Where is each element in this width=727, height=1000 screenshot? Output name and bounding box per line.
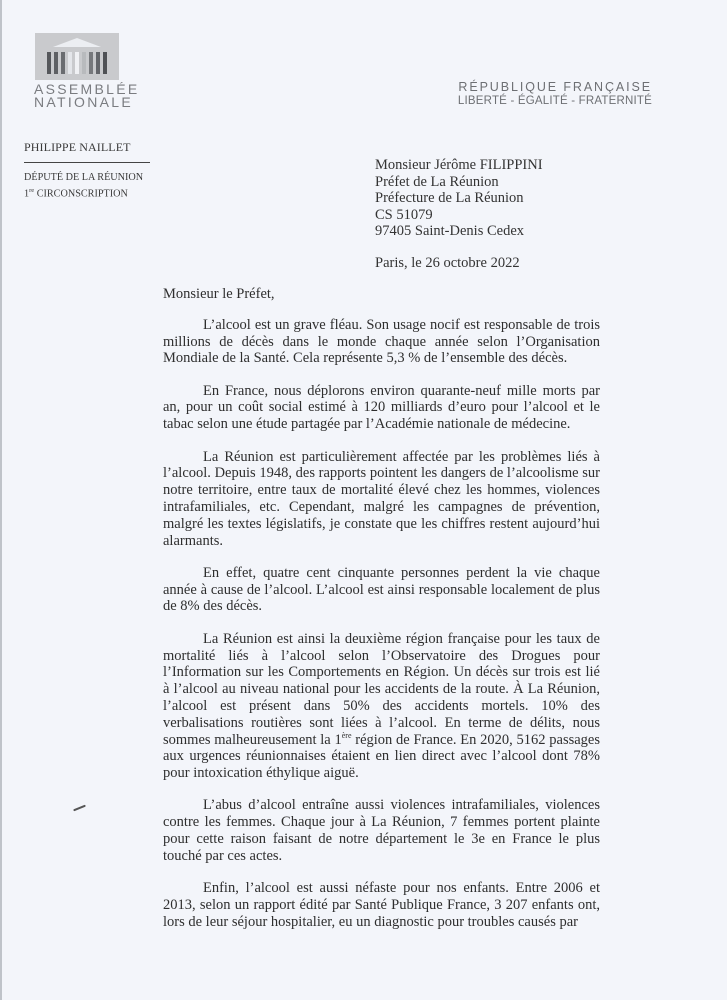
sender-district: 1re CIRCONSCRIPTION — [24, 184, 150, 200]
paragraph-text: La Réunion est ainsi la deuxième région … — [163, 631, 600, 748]
sender-block: PHILIPPE NAILLET DÉPUTÉ DE LA RÉUNION 1r… — [24, 140, 150, 200]
column-shape — [54, 52, 58, 74]
paragraph: En France, nous déplorons environ quaran… — [163, 383, 600, 433]
paragraph: La Réunion est ainsi la deuxième région … — [163, 631, 600, 782]
sender-role: DÉPUTÉ DE LA RÉUNION 1re CIRCONSCRIPTION — [24, 171, 150, 200]
column-shape — [68, 52, 72, 74]
columns-graphic — [47, 52, 107, 74]
letter-page: ASSEMBLÉE NATIONALE RÉPUBLIQUE FRANÇAISE… — [0, 0, 727, 1000]
district-label: CIRCONSCRIPTION — [34, 188, 128, 199]
palais-bourbon-icon — [35, 33, 119, 80]
addressee-line: Monsieur Jérôme FILIPPINI — [375, 157, 543, 174]
addressee-line: 97405 Saint-Denis Cedex — [375, 223, 543, 240]
sender-name: PHILIPPE NAILLET — [24, 140, 150, 155]
column-shape — [89, 52, 93, 74]
letter-body: Monsieur le Préfet, L’alcool est un grav… — [163, 286, 600, 931]
paragraph: L’abus d’alcool entraîne aussi violences… — [163, 797, 600, 864]
column-shape — [47, 52, 51, 74]
paragraph: En effet, quatre cent cinquante personne… — [163, 565, 600, 615]
republic-title: RÉPUBLIQUE FRANÇAISE — [458, 80, 652, 94]
republique-francaise-header: RÉPUBLIQUE FRANÇAISE LIBERTÉ - ÉGALITÉ -… — [458, 80, 652, 107]
pen-mark — [73, 805, 86, 812]
paragraph: Enfin, l’alcool est aussi néfaste pour n… — [163, 880, 600, 930]
ordinal-superscript: ère — [342, 731, 352, 740]
paragraph: L’alcool est un grave fléau. Son usage n… — [163, 317, 600, 367]
column-shape — [82, 52, 86, 74]
addressee-line: Préfecture de La Réunion — [375, 190, 543, 207]
addressee-line: CS 51079 — [375, 207, 543, 224]
column-shape — [103, 52, 107, 74]
column-shape — [75, 52, 79, 74]
scan-edge — [0, 0, 2, 1000]
assemblee-nationale-logo: ASSEMBLÉE NATIONALE — [34, 33, 120, 109]
addressee-line: Préfet de La Réunion — [375, 174, 543, 191]
salutation: Monsieur le Préfet, — [163, 286, 600, 303]
pediment-shape — [47, 38, 107, 47]
logo-line-2: NATIONALE — [34, 96, 120, 109]
column-shape — [61, 52, 65, 74]
sender-title: DÉPUTÉ DE LA RÉUNION — [24, 171, 150, 184]
paragraph: La Réunion est particulièrement affectée… — [163, 449, 600, 550]
column-shape — [96, 52, 100, 74]
divider — [24, 162, 150, 163]
logo-text: ASSEMBLÉE NATIONALE — [34, 83, 120, 109]
letter-date: Paris, le 26 octobre 2022 — [375, 255, 520, 272]
addressee-block: Monsieur Jérôme FILIPPINI Préfet de La R… — [375, 157, 543, 240]
republic-motto: LIBERTÉ - ÉGALITÉ - FRATERNITÉ — [458, 95, 652, 107]
